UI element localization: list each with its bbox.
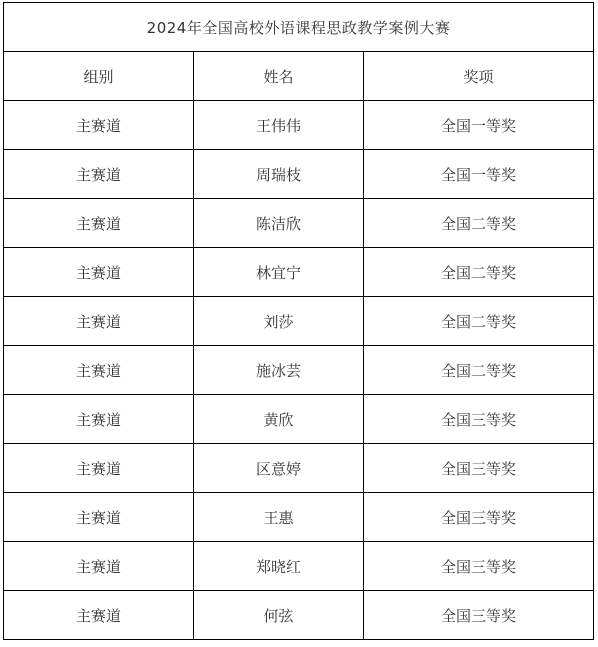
cell-award: 全国三等奖 bbox=[364, 493, 594, 542]
column-header-award: 奖项 bbox=[364, 52, 594, 101]
cell-group: 主赛道 bbox=[4, 346, 194, 395]
cell-group: 主赛道 bbox=[4, 248, 194, 297]
cell-award: 全国二等奖 bbox=[364, 199, 594, 248]
header-row: 组别 姓名 奖项 bbox=[4, 52, 594, 101]
cell-name: 林宜宁 bbox=[194, 248, 364, 297]
table-row: 主赛道 郑晓红 全国三等奖 bbox=[4, 542, 594, 591]
cell-name: 周瑞枝 bbox=[194, 150, 364, 199]
table-row: 主赛道 王伟伟 全国一等奖 bbox=[4, 101, 594, 150]
cell-name: 郑晓红 bbox=[194, 542, 364, 591]
page: 2024年全国高校外语课程思政教学案例大赛 组别 姓名 奖项 主赛道 王伟伟 全… bbox=[0, 0, 598, 647]
table-row: 主赛道 黄欣 全国三等奖 bbox=[4, 395, 594, 444]
table-row: 主赛道 林宜宁 全国二等奖 bbox=[4, 248, 594, 297]
cell-group: 主赛道 bbox=[4, 297, 194, 346]
cell-award: 全国三等奖 bbox=[364, 395, 594, 444]
table-row: 主赛道 施冰芸 全国二等奖 bbox=[4, 346, 594, 395]
cell-name: 王伟伟 bbox=[194, 101, 364, 150]
table-row: 主赛道 陈洁欣 全国二等奖 bbox=[4, 199, 594, 248]
award-table: 2024年全国高校外语课程思政教学案例大赛 组别 姓名 奖项 主赛道 王伟伟 全… bbox=[3, 2, 594, 640]
cell-name: 王惠 bbox=[194, 493, 364, 542]
cell-group: 主赛道 bbox=[4, 150, 194, 199]
cell-award: 全国二等奖 bbox=[364, 297, 594, 346]
cell-group: 主赛道 bbox=[4, 444, 194, 493]
cell-name: 何弦 bbox=[194, 591, 364, 640]
cell-name: 区意婷 bbox=[194, 444, 364, 493]
table-title: 2024年全国高校外语课程思政教学案例大赛 bbox=[4, 3, 594, 52]
table-row: 主赛道 刘莎 全国二等奖 bbox=[4, 297, 594, 346]
table-row: 主赛道 周瑞枝 全国一等奖 bbox=[4, 150, 594, 199]
cell-name: 陈洁欣 bbox=[194, 199, 364, 248]
cell-group: 主赛道 bbox=[4, 591, 194, 640]
cell-name: 黄欣 bbox=[194, 395, 364, 444]
cell-name: 施冰芸 bbox=[194, 346, 364, 395]
table-row: 主赛道 王惠 全国三等奖 bbox=[4, 493, 594, 542]
cell-group: 主赛道 bbox=[4, 101, 194, 150]
column-header-group: 组别 bbox=[4, 52, 194, 101]
cell-group: 主赛道 bbox=[4, 199, 194, 248]
cell-award: 全国二等奖 bbox=[364, 248, 594, 297]
cell-award: 全国三等奖 bbox=[364, 542, 594, 591]
cell-award: 全国二等奖 bbox=[364, 346, 594, 395]
cell-name: 刘莎 bbox=[194, 297, 364, 346]
cell-award: 全国一等奖 bbox=[364, 101, 594, 150]
table-row: 主赛道 区意婷 全国三等奖 bbox=[4, 444, 594, 493]
cell-award: 全国三等奖 bbox=[364, 444, 594, 493]
column-header-name: 姓名 bbox=[194, 52, 364, 101]
cell-award: 全国一等奖 bbox=[364, 150, 594, 199]
cell-award: 全国三等奖 bbox=[364, 591, 594, 640]
cell-group: 主赛道 bbox=[4, 395, 194, 444]
title-row: 2024年全国高校外语课程思政教学案例大赛 bbox=[4, 3, 594, 52]
table-row: 主赛道 何弦 全国三等奖 bbox=[4, 591, 594, 640]
cell-group: 主赛道 bbox=[4, 493, 194, 542]
cell-group: 主赛道 bbox=[4, 542, 194, 591]
